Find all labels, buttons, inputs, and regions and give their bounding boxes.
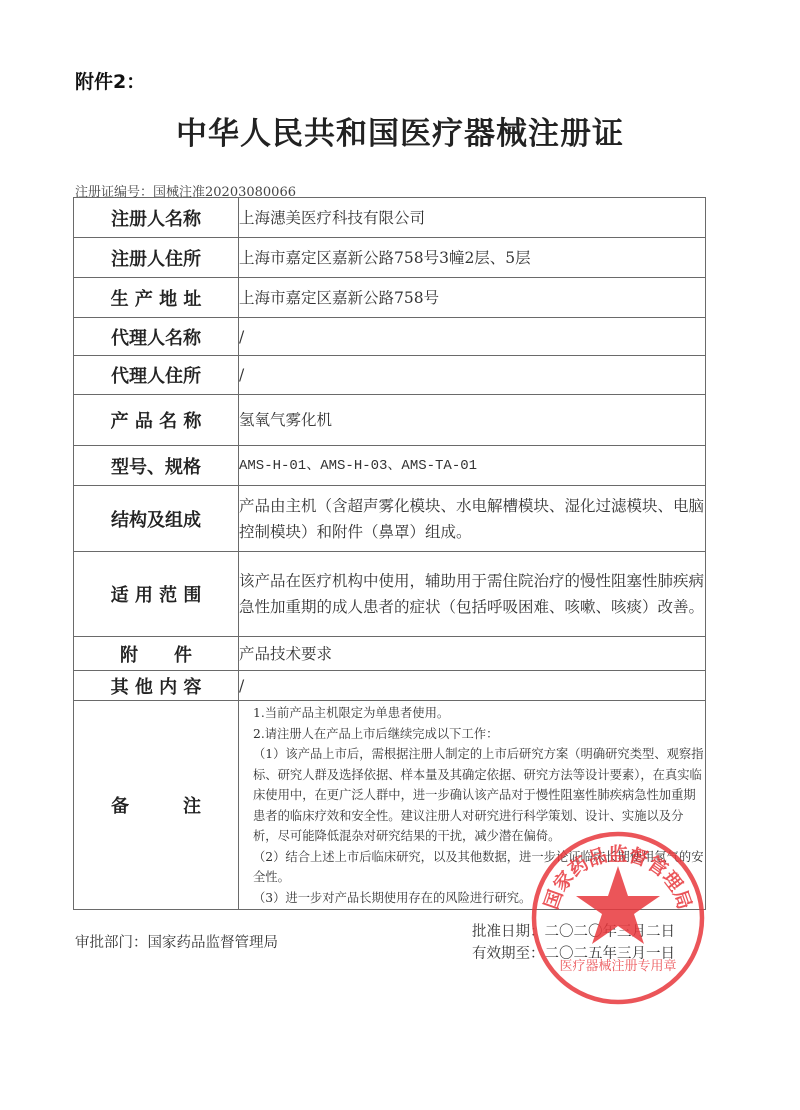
- row-label: 结构及组成: [74, 486, 239, 552]
- approval-date: 批准日期：二〇二〇年三月二日: [472, 921, 675, 943]
- row-value: 产品技术要求: [239, 637, 706, 671]
- document-title: 中华人民共和国医疗器械注册证: [0, 108, 800, 153]
- valid-until-date: 有效期至：二〇二五年三月一日: [472, 943, 675, 965]
- row-label: 生 产 地 址: [74, 278, 239, 318]
- row-label: 注册人住所: [74, 238, 239, 278]
- table-row: 附 件 产品技术要求: [74, 637, 706, 671]
- row-value: 氢氧气雾化机: [239, 395, 706, 446]
- table-row: 型号、规格 AMS-H-01、AMS-H-03、AMS-TA-01: [74, 446, 706, 486]
- dates-block: 批准日期：二〇二〇年三月二日 有效期至：二〇二五年三月一日: [472, 921, 675, 965]
- certificate-table: 注册人名称 上海潓美医疗科技有限公司 注册人住所 上海市嘉定区嘉新公路758号3…: [73, 197, 706, 910]
- row-label: 代理人名称: [74, 318, 239, 356]
- approval-department: 审批部门：国家药品监督管理局: [75, 931, 278, 952]
- table-row: 生 产 地 址 上海市嘉定区嘉新公路758号: [74, 278, 706, 318]
- table-row: 注册人名称 上海潓美医疗科技有限公司: [74, 198, 706, 238]
- row-label: 其 他 内 容: [74, 671, 239, 701]
- remark-line: （1）该产品上市后，需根据注册人制定的上市后研究方案（明确研究类型、观察指标、研…: [253, 744, 705, 847]
- row-label: 型号、规格: [74, 446, 239, 486]
- row-label: 产 品 名 称: [74, 395, 239, 446]
- row-value: /: [239, 671, 706, 701]
- table-row: 其 他 内 容 /: [74, 671, 706, 701]
- remark-line: 2.请注册人在产品上市后继续完成以下工作：: [253, 724, 705, 745]
- table-row: 注册人住所 上海市嘉定区嘉新公路758号3幢2层、5层: [74, 238, 706, 278]
- table-row: 产 品 名 称 氢氧气雾化机: [74, 395, 706, 446]
- row-label: 适 用 范 围: [74, 552, 239, 637]
- row-value: 该产品在医疗机构中使用，辅助用于需住院治疗的慢性阻塞性肺疾病急性加重期的成人患者…: [239, 552, 706, 637]
- row-value: 上海潓美医疗科技有限公司: [239, 198, 706, 238]
- remark-line: （3）进一步对产品长期使用存在的风险进行研究。: [253, 888, 705, 909]
- row-value: /: [239, 356, 706, 395]
- remarks-content: 1.当前产品主机限定为单患者使用。 2.请注册人在产品上市后继续完成以下工作： …: [239, 701, 706, 910]
- remarks-row: 备 注 1.当前产品主机限定为单患者使用。 2.请注册人在产品上市后继续完成以下…: [74, 701, 706, 910]
- table-row: 结构及组成 产品由主机（含超声雾化模块、水电解槽模块、湿化过滤模块、电脑控制模块…: [74, 486, 706, 552]
- row-value: 上海市嘉定区嘉新公路758号3幢2层、5层: [239, 238, 706, 278]
- remark-line: 1.当前产品主机限定为单患者使用。: [253, 703, 705, 724]
- table-row: 适 用 范 围 该产品在医疗机构中使用，辅助用于需住院治疗的慢性阻塞性肺疾病急性…: [74, 552, 706, 637]
- row-label: 注册人名称: [74, 198, 239, 238]
- remark-line: （2）结合上述上市后临床研究，以及其他数据，进一步论证临床长期使用氢气的安全性。: [253, 847, 705, 888]
- remarks-label: 备 注: [74, 701, 239, 910]
- row-value: 产品由主机（含超声雾化模块、水电解槽模块、湿化过滤模块、电脑控制模块）和附件（鼻…: [239, 486, 706, 552]
- table-row: 代理人住所 /: [74, 356, 706, 395]
- attachment-label: 附件2：: [75, 67, 145, 94]
- table-row: 代理人名称 /: [74, 318, 706, 356]
- row-value: 上海市嘉定区嘉新公路758号: [239, 278, 706, 318]
- row-label: 附 件: [74, 637, 239, 671]
- row-label: 代理人住所: [74, 356, 239, 395]
- row-value: /: [239, 318, 706, 356]
- row-value: AMS-H-01、AMS-H-03、AMS-TA-01: [239, 446, 706, 486]
